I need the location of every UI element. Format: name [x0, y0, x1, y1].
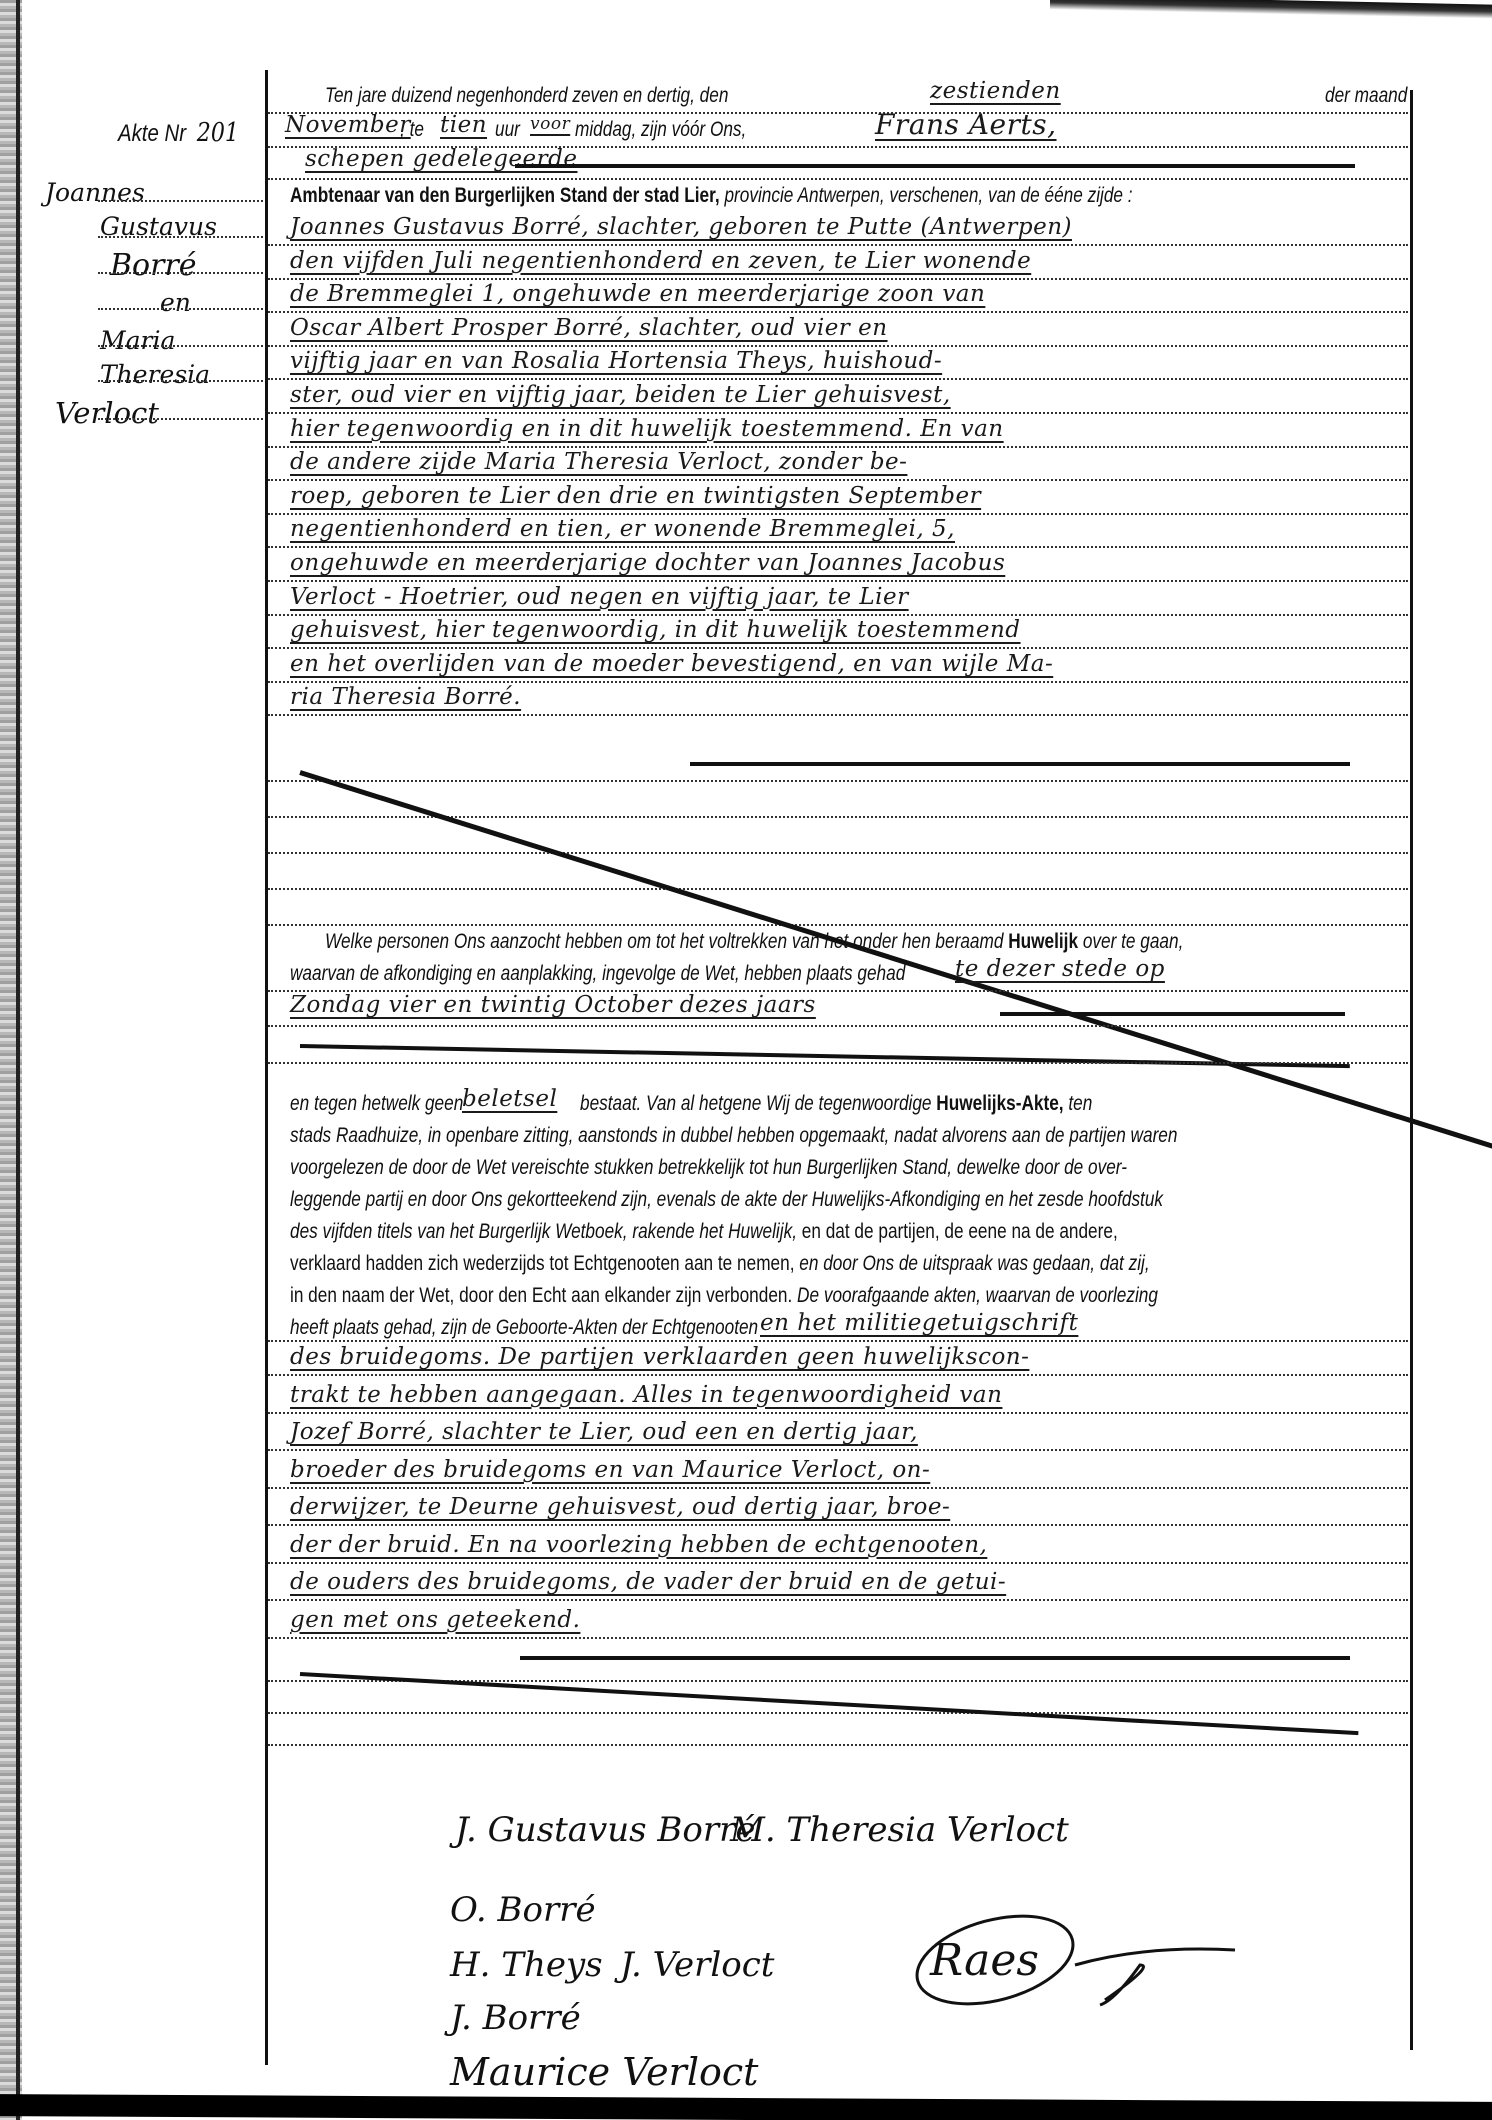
margin-name-line: en [160, 288, 191, 317]
handwritten-military-cert: en het militiegetuigschrift [760, 1310, 1078, 1336]
handwritten-line: roep, geboren te Lier den drie en twinti… [290, 483, 981, 509]
handwritten-official-name: Frans Aerts, [875, 108, 1057, 141]
margin-rule [265, 70, 268, 2065]
legal-line3: voorgelezen de door de Wet vereischte st… [290, 1156, 1127, 1180]
signature-bride: M. Theresia Verloct [730, 1810, 1069, 1850]
signature-father-groom: O. Borré [450, 1890, 596, 1930]
handwritten-line: des bruidegoms. De partijen verklaarden … [290, 1344, 1029, 1370]
signature-witness-1: J. Borré [450, 1998, 581, 2038]
handwritten-line: ongehuwde en meerderjarige dochter van J… [290, 550, 1005, 576]
printed-uur: uur [495, 118, 520, 142]
legal-line6: verklaard hadden zich wederzijds tot Ech… [290, 1252, 1150, 1276]
handwritten-voor: voor [530, 114, 570, 134]
handwritten-line: de ouders des bruidegoms, de vader der b… [290, 1569, 1006, 1595]
handwritten-line: de Bremmeglei 1, ongehuwde en meerderjar… [290, 281, 985, 307]
signature-father-bride: J. Verloct [620, 1945, 774, 1985]
handwritten-publication-place: te dezer stede op [955, 956, 1165, 982]
handwritten-line: den vijfden Juli negentienhonderd en zev… [290, 248, 1031, 274]
margin-name-line: Maria [100, 326, 175, 355]
official-clause: Ambtenaar van den Burgerlijken Stand der… [290, 184, 1133, 208]
margin-name-line: Verloct [55, 396, 159, 430]
publication-line1: Welke personen Ons aanzocht hebben om to… [325, 930, 1183, 954]
scan-top-smear [1050, 0, 1492, 19]
legal-line1: en tegen hetwelk geen [290, 1092, 463, 1116]
handwritten-publication-date: Zondag vier en twintig October dezes jaa… [290, 992, 816, 1018]
handwritten-line: hier tegenwoordig en in dit huwelijk toe… [290, 416, 1004, 442]
handwritten-hour: tien [440, 112, 487, 138]
scan-bottom-bar [0, 2094, 1492, 2120]
legal-line7: in den naam der Wet, door den Echt aan e… [290, 1284, 1158, 1308]
legal-line8: heeft plaats gehad, zijn de Geboorte-Akt… [290, 1316, 758, 1340]
printed-te: , te [400, 118, 424, 142]
akte-number-label: Akte Nr 201 [118, 118, 239, 148]
handwritten-line: Joannes Gustavus Borré, slachter, gebore… [290, 214, 1072, 240]
handwritten-line: derwijzer, te Deurne gehuisvest, oud der… [290, 1494, 950, 1520]
handwritten-line: Jozef Borré, slachter te Lier, oud een e… [290, 1419, 918, 1445]
printed-middag: middag, zijn vóór Ons, [575, 118, 746, 142]
signature-groom: J. Gustavus Borré [455, 1810, 756, 1850]
handwritten-line: Verloct - Hoetrier, oud negen en vijftig… [290, 584, 909, 610]
handwritten-line: broeder des bruidegoms en van Maurice Ve… [290, 1457, 930, 1483]
handwritten-line: ria Theresia Borré. [290, 684, 521, 710]
margin-name-line: Joannes [45, 178, 145, 207]
handwritten-line: ster, oud vier en vijftig jaar, beiden t… [290, 382, 951, 408]
handwritten-line: gen met ons geteekend. [290, 1607, 580, 1633]
official-signature-flourish [905, 1905, 1245, 2055]
margin-name-line: Borré [110, 248, 197, 283]
handwritten-impediment: beletsel [462, 1086, 557, 1112]
handwritten-line: vijftig jaar en van Rosalia Hortensia Th… [290, 348, 942, 374]
scan-edge-line [16, 0, 20, 2120]
scanned-document-page: Akte Nr 201 Joannes Gustavus Borré en Ma… [0, 0, 1492, 2120]
header-der-maand: der maand [1325, 84, 1407, 108]
akte-number: 201 [197, 118, 239, 148]
legal-line2: stads Raadhuize, in openbare zitting, aa… [290, 1124, 1177, 1148]
right-border-rule [1410, 90, 1413, 2050]
handwritten-line: gehuisvest, hier tegenwoordig, in dit hu… [290, 617, 1021, 643]
handwritten-line: en het overlijden van de moeder bevestig… [290, 651, 1053, 677]
header-printed-line1: Ten jare duizend negenhonderd zeven en d… [325, 84, 728, 108]
legal-line4: leggende partij en door Ons gekortteeken… [290, 1188, 1163, 1212]
legal-line5: des vijfden titels van het Burgerlijk We… [290, 1220, 1118, 1244]
signature-mother-groom: H. Theys [450, 1945, 603, 1985]
publication-line2: waarvan de afkondiging en aanplakking, i… [290, 962, 905, 986]
handwritten-line: Oscar Albert Prosper Borré, slachter, ou… [290, 315, 888, 341]
akte-label-text: Akte Nr [118, 120, 186, 147]
handwritten-month: November [285, 112, 411, 138]
handwritten-line: de andere zijde Maria Theresia Verloct, … [290, 449, 907, 475]
handwritten-line: trakt te hebben aangegaan. Alles in tege… [290, 1382, 1002, 1408]
handwritten-official-title: schepen gedelegeerde [305, 146, 577, 172]
handwritten-line: negentienhonderd en tien, er wonende Bre… [290, 516, 955, 542]
legal-line1-cont: bestaat. Van al hetgene Wij de tegenwoor… [580, 1092, 1092, 1116]
margin-name-line: Theresia [100, 360, 210, 389]
handwritten-line: der der bruid. En na voorlezing hebben d… [290, 1532, 987, 1558]
signature-witness-2: Maurice Verloct [450, 2050, 758, 2094]
handwritten-day: zestienden [930, 78, 1061, 104]
